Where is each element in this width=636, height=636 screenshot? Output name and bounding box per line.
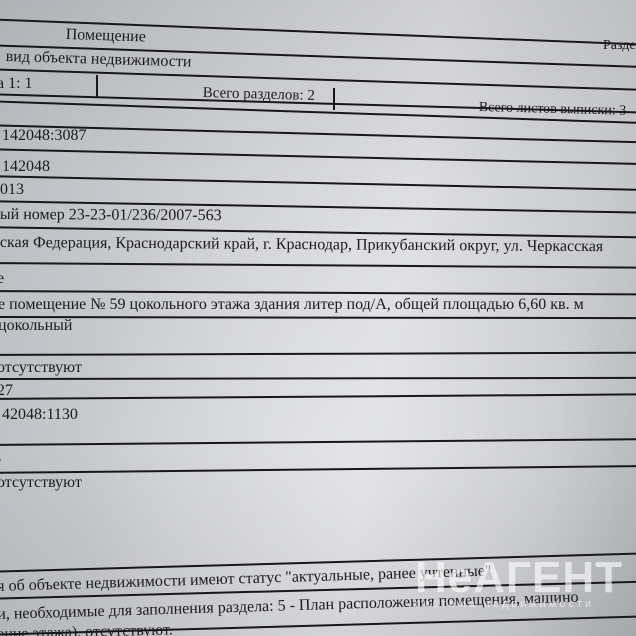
address: ская Федерация, Краснодарский край, г. К…	[0, 234, 603, 256]
table-line	[0, 352, 636, 356]
description: е помещение № 59 цокольного этажа здания…	[0, 296, 584, 314]
table-line	[0, 438, 636, 446]
table-line	[0, 148, 636, 166]
missing-data-cont: ение этажа), отсутствуют.	[0, 621, 173, 636]
inventory-number: ый номер 23-23-01/236/2007-563	[0, 206, 222, 225]
table-line	[0, 290, 636, 296]
table-line	[0, 316, 636, 319]
table-line	[0, 377, 636, 380]
assignment-date: 013	[0, 181, 24, 199]
cadastral-number: 142048:3087	[2, 127, 86, 145]
other-data-2: отсутствуют	[0, 474, 82, 492]
building-number: 42048:1130	[2, 406, 78, 424]
section-label: Разде	[603, 37, 636, 55]
purpose: е	[0, 270, 4, 288]
table-line	[0, 465, 636, 474]
sheet-number: а 1: 1	[0, 75, 33, 93]
other-data-1: отсутствуют	[0, 359, 82, 377]
purpose-2: е	[0, 452, 1, 470]
table-line	[0, 262, 636, 269]
table-line	[0, 393, 636, 400]
total-sheets: Всего листов выписки: 3	[479, 99, 627, 121]
area-value: 27	[0, 382, 13, 400]
total-sections: Всего разделов: 2	[203, 84, 316, 105]
table-line	[0, 175, 636, 192]
object-type: Помещение	[65, 26, 146, 47]
floor: цокольный	[0, 317, 72, 335]
cell-divider	[333, 88, 335, 110]
table-line	[0, 124, 636, 144]
cell-divider	[96, 75, 98, 97]
quarter-number: 142048	[2, 158, 50, 176]
